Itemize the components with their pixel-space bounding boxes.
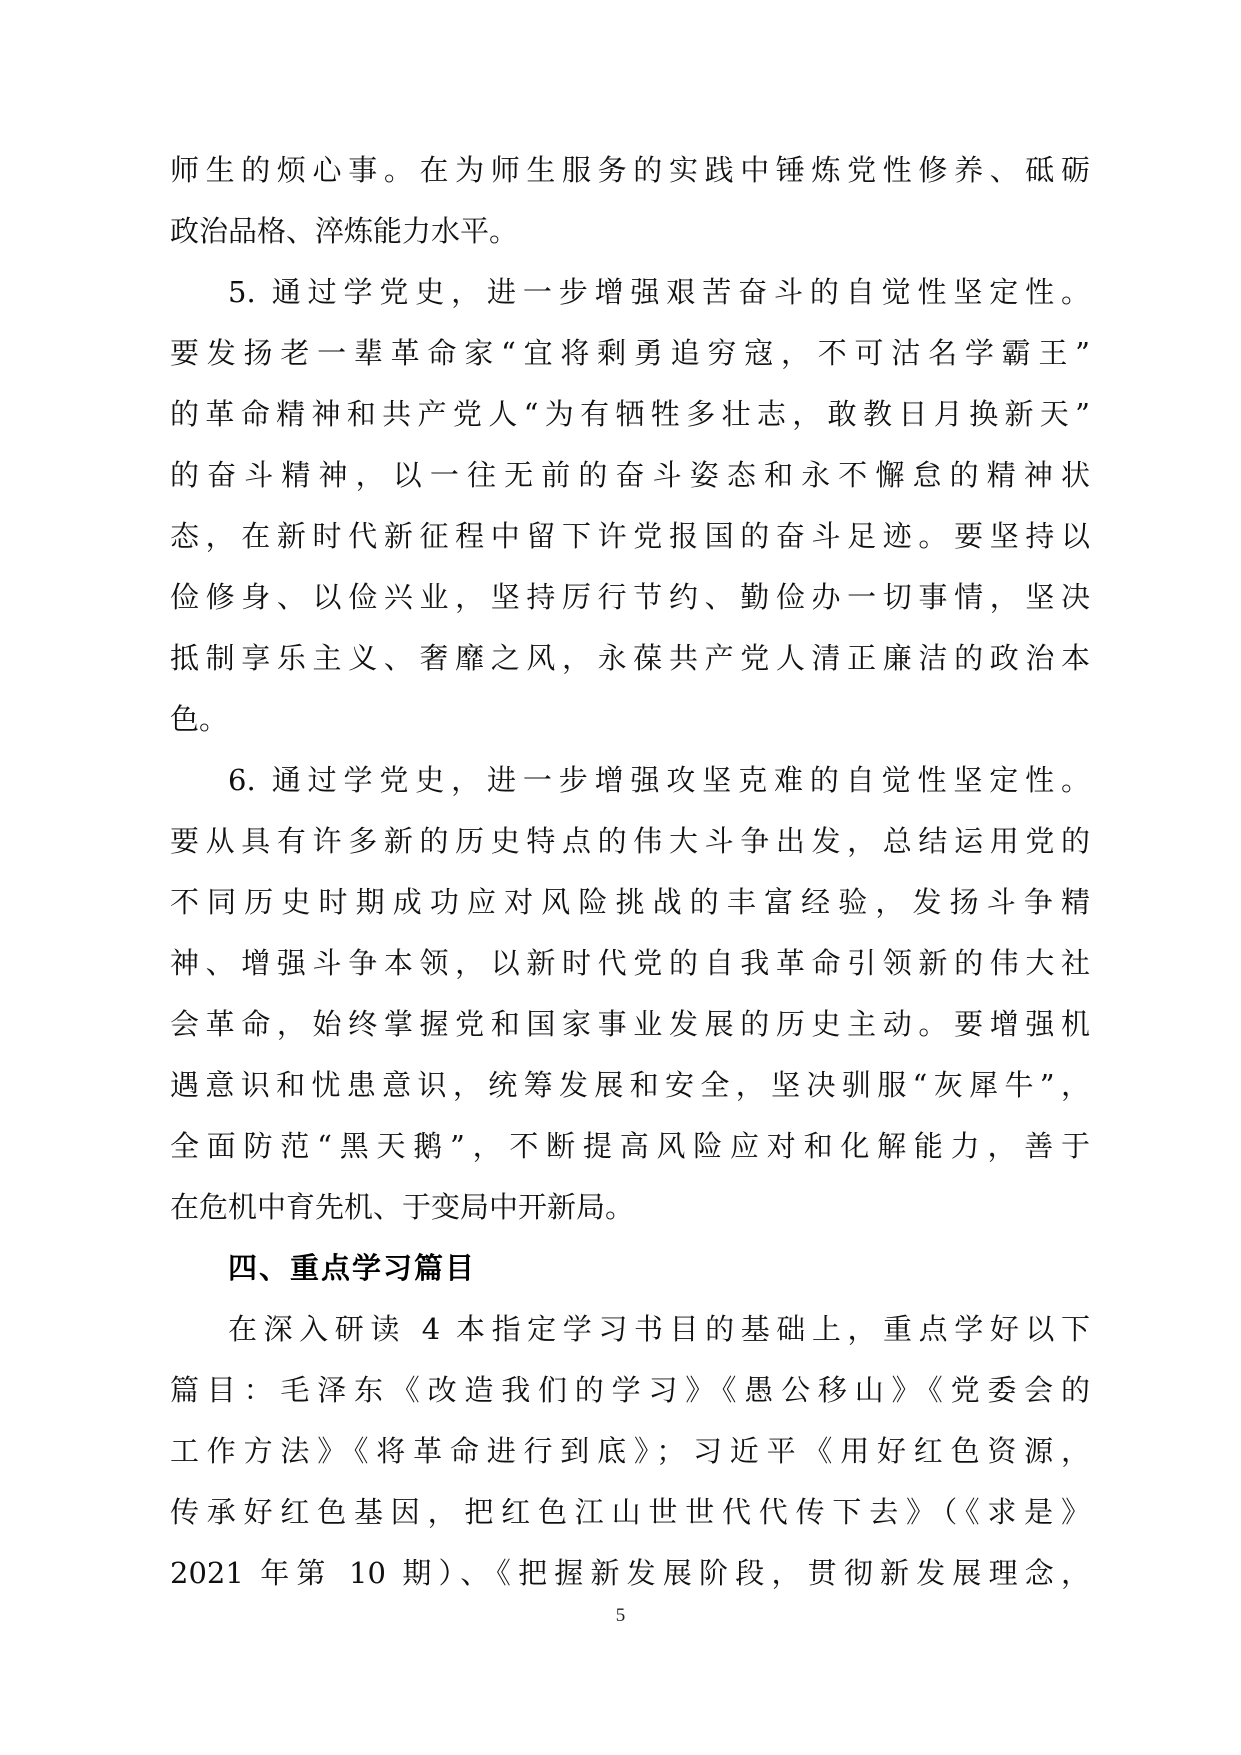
- numbered-item-6-heading: 6. 通过学党史，进一步增强攻坚克难的自觉性坚定性。: [228, 760, 1090, 800]
- body-text-line: 在深入研读 4 本指定学习书目的基础上，重点学好以下: [228, 1309, 1090, 1349]
- body-text-line: 不同历史时期成功应对风险挑战的丰富经验，发扬斗争精: [170, 882, 1090, 922]
- body-text-line: 2021 年第 10 期）、《把握新发展阶段，贯彻新发展理念，: [170, 1553, 1090, 1593]
- body-text-line: 态，在新时代新征程中留下许党报国的奋斗足迹。要坚持以: [170, 516, 1090, 556]
- body-text-line: 全面防范“黑天鹅”，不断提高风险应对和化解能力，善于: [170, 1126, 1090, 1166]
- body-text-line: 俭修身、以俭兴业，坚持厉行节约、勤俭办一切事情，坚决: [170, 577, 1090, 617]
- body-text-line: 工作方法》《将革命进行到底》；习近平《用好红色资源，: [170, 1431, 1090, 1471]
- body-text-line: 色。: [170, 699, 1090, 739]
- body-text-line: 师生的烦心事。在为师生服务的实践中锤炼党性修养、砥砺: [170, 150, 1090, 190]
- body-text-line: 的革命精神和共产党人“为有牺牲多壮志，敢教日月换新天”: [170, 394, 1090, 434]
- body-text-line: 在危机中育先机、于变局中开新局。: [170, 1187, 1090, 1227]
- page-number: 5: [0, 1604, 1241, 1628]
- body-text-line: 要从具有许多新的历史特点的伟大斗争出发，总结运用党的: [170, 821, 1090, 861]
- body-text-line: 会革命，始终掌握党和国家事业发展的历史主动。要增强机: [170, 1004, 1090, 1044]
- body-text-line: 篇目：毛泽东《改造我们的学习》《愚公移山》《党委会的: [170, 1370, 1090, 1410]
- body-text-line: 要发扬老一辈革命家“宜将剩勇追穷寇，不可沽名学霸王”: [170, 333, 1090, 373]
- section-heading: 四、重点学习篇目: [228, 1248, 476, 1288]
- body-text-line: 政治品格、淬炼能力水平。: [170, 211, 1090, 251]
- body-text-line: 传承好红色基因，把红色江山世世代代传下去》（《求是》: [170, 1492, 1090, 1532]
- body-text-line: 的奋斗精神，以一往无前的奋斗姿态和永不懈怠的精神状: [170, 455, 1090, 495]
- body-text-line: 神、增强斗争本领，以新时代党的自我革命引领新的伟大社: [170, 943, 1090, 983]
- numbered-item-5-heading: 5. 通过学党史，进一步增强艰苦奋斗的自觉性坚定性。: [228, 272, 1090, 312]
- body-text-line: 抵制享乐主义、奢靡之风，永葆共产党人清正廉洁的政治本: [170, 638, 1090, 678]
- document-page: 师生的烦心事。在为师生服务的实践中锤炼党性修养、砥砺 政治品格、淬炼能力水平。 …: [0, 0, 1241, 1755]
- body-text-line: 遇意识和忧患意识，统筹发展和安全，坚决驯服“灰犀牛”，: [170, 1065, 1090, 1105]
